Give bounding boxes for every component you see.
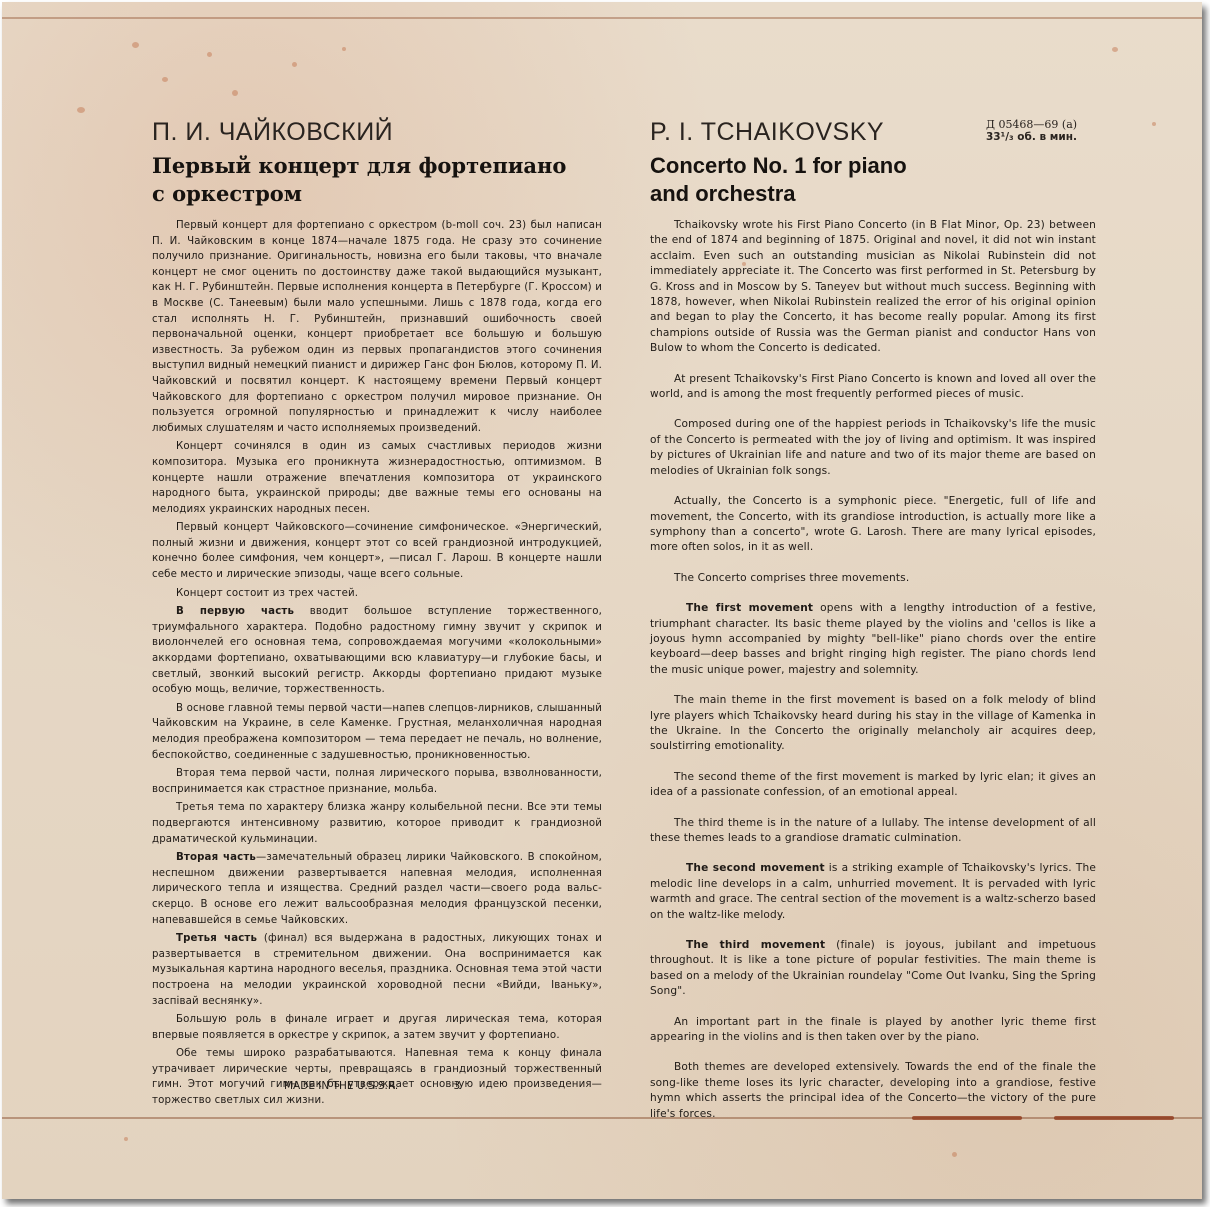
composer-name-ru: П. И. ЧАЙКОВСКИЙ [152, 118, 602, 146]
ru-paragraph: Третья тема по характеру близка жанру ко… [152, 800, 602, 847]
fold-crease-top [2, 17, 1202, 19]
ru-paragraph: Концерт состоит из трех частей. [152, 586, 602, 602]
made-in-label: MADE IN THE U.S.S.R. [284, 1080, 398, 1092]
en-paragraph: Composed during one of the happiest peri… [650, 417, 1096, 479]
ru-paragraph: Первый концерт для фортепиано с оркестро… [152, 218, 602, 436]
liner-notes-en: Tchaikovsky wrote his First Piano Concer… [650, 218, 1096, 1122]
en-paragraph: Actually, the Concerto is a symphonic pi… [650, 494, 1096, 556]
ru-paragraph: Большую роль в финале играет и другая ли… [152, 1012, 602, 1043]
english-column: P. I. TCHAIKOVSKY Concerto No. 1 for pia… [650, 118, 1096, 1137]
en-paragraph: The Concerto comprises three movements. [650, 571, 1096, 586]
ru-paragraph: Вторая тема первой части, полная лиричес… [152, 766, 602, 797]
catalog-number: Д 05468—69 (а) [986, 118, 1077, 131]
movement-heading: The second movement [686, 862, 825, 874]
liner-notes-ru: Первый концерт для фортепиано с оркестро… [152, 218, 602, 1109]
movement-heading: The first movement [686, 602, 813, 614]
playback-speed: 33¹/₃ об. в мин. [986, 131, 1077, 144]
en-paragraph: The first movement opens with a lengthy … [650, 601, 1096, 678]
ru-paragraph: В первую часть вводит большое вступление… [152, 604, 602, 698]
en-paragraph: Both themes are developed extensively. T… [650, 1060, 1096, 1122]
movement-heading: В первую часть [176, 606, 294, 617]
ru-paragraph: Первый концерт Чайковского—сочинение сим… [152, 520, 602, 582]
russian-column: П. И. ЧАЙКОВСКИЙ Первый концерт для форт… [152, 118, 602, 1112]
en-paragraph: The main theme in the first movement is … [650, 693, 1096, 755]
record-sleeve-back: П. И. ЧАЙКОВСКИЙ Первый концерт для форт… [2, 2, 1202, 1199]
en-paragraph: Tchaikovsky wrote his First Piano Concer… [650, 218, 1096, 357]
en-paragraph: The second theme of the first movement i… [650, 770, 1096, 801]
ru-paragraph: Обе темы широко разрабатываются. Напевна… [152, 1046, 602, 1108]
en-paragraph: At present Tchaikovsky's First Piano Con… [650, 372, 1096, 403]
en-paragraph: The second movement is a striking exampl… [650, 861, 1096, 923]
catalog-info: Д 05468—69 (а) 33¹/₃ об. в мин. [986, 118, 1077, 144]
ru-paragraph: Вторая часть—замечательный образец лирик… [152, 850, 602, 928]
work-title-en: Concerto No. 1 for piano and orchestra [650, 152, 1096, 208]
en-paragraph: The third movement (finale) is joyous, j… [650, 938, 1096, 1000]
movement-heading: The third movement [686, 939, 825, 951]
movement-heading: Вторая часть [176, 852, 256, 863]
movement-heading: Третья часть [176, 933, 257, 944]
work-title-ru: Первый концерт для фортепиано с оркестро… [152, 152, 602, 208]
page-number: 3 [454, 1080, 461, 1092]
ru-paragraph: Третья часть (финал) вся выдержана в рад… [152, 931, 602, 1009]
ru-paragraph: Концерт сочинялся в один из самых счастл… [152, 439, 602, 517]
en-paragraph: An important part in the finale is playe… [650, 1015, 1096, 1046]
en-paragraph: The third theme is in the nature of a lu… [650, 816, 1096, 847]
ru-paragraph: В основе главной темы первой части—напев… [152, 701, 602, 763]
sleeve-footer: MADE IN THE U.S.S.R. 3 [284, 1080, 460, 1092]
